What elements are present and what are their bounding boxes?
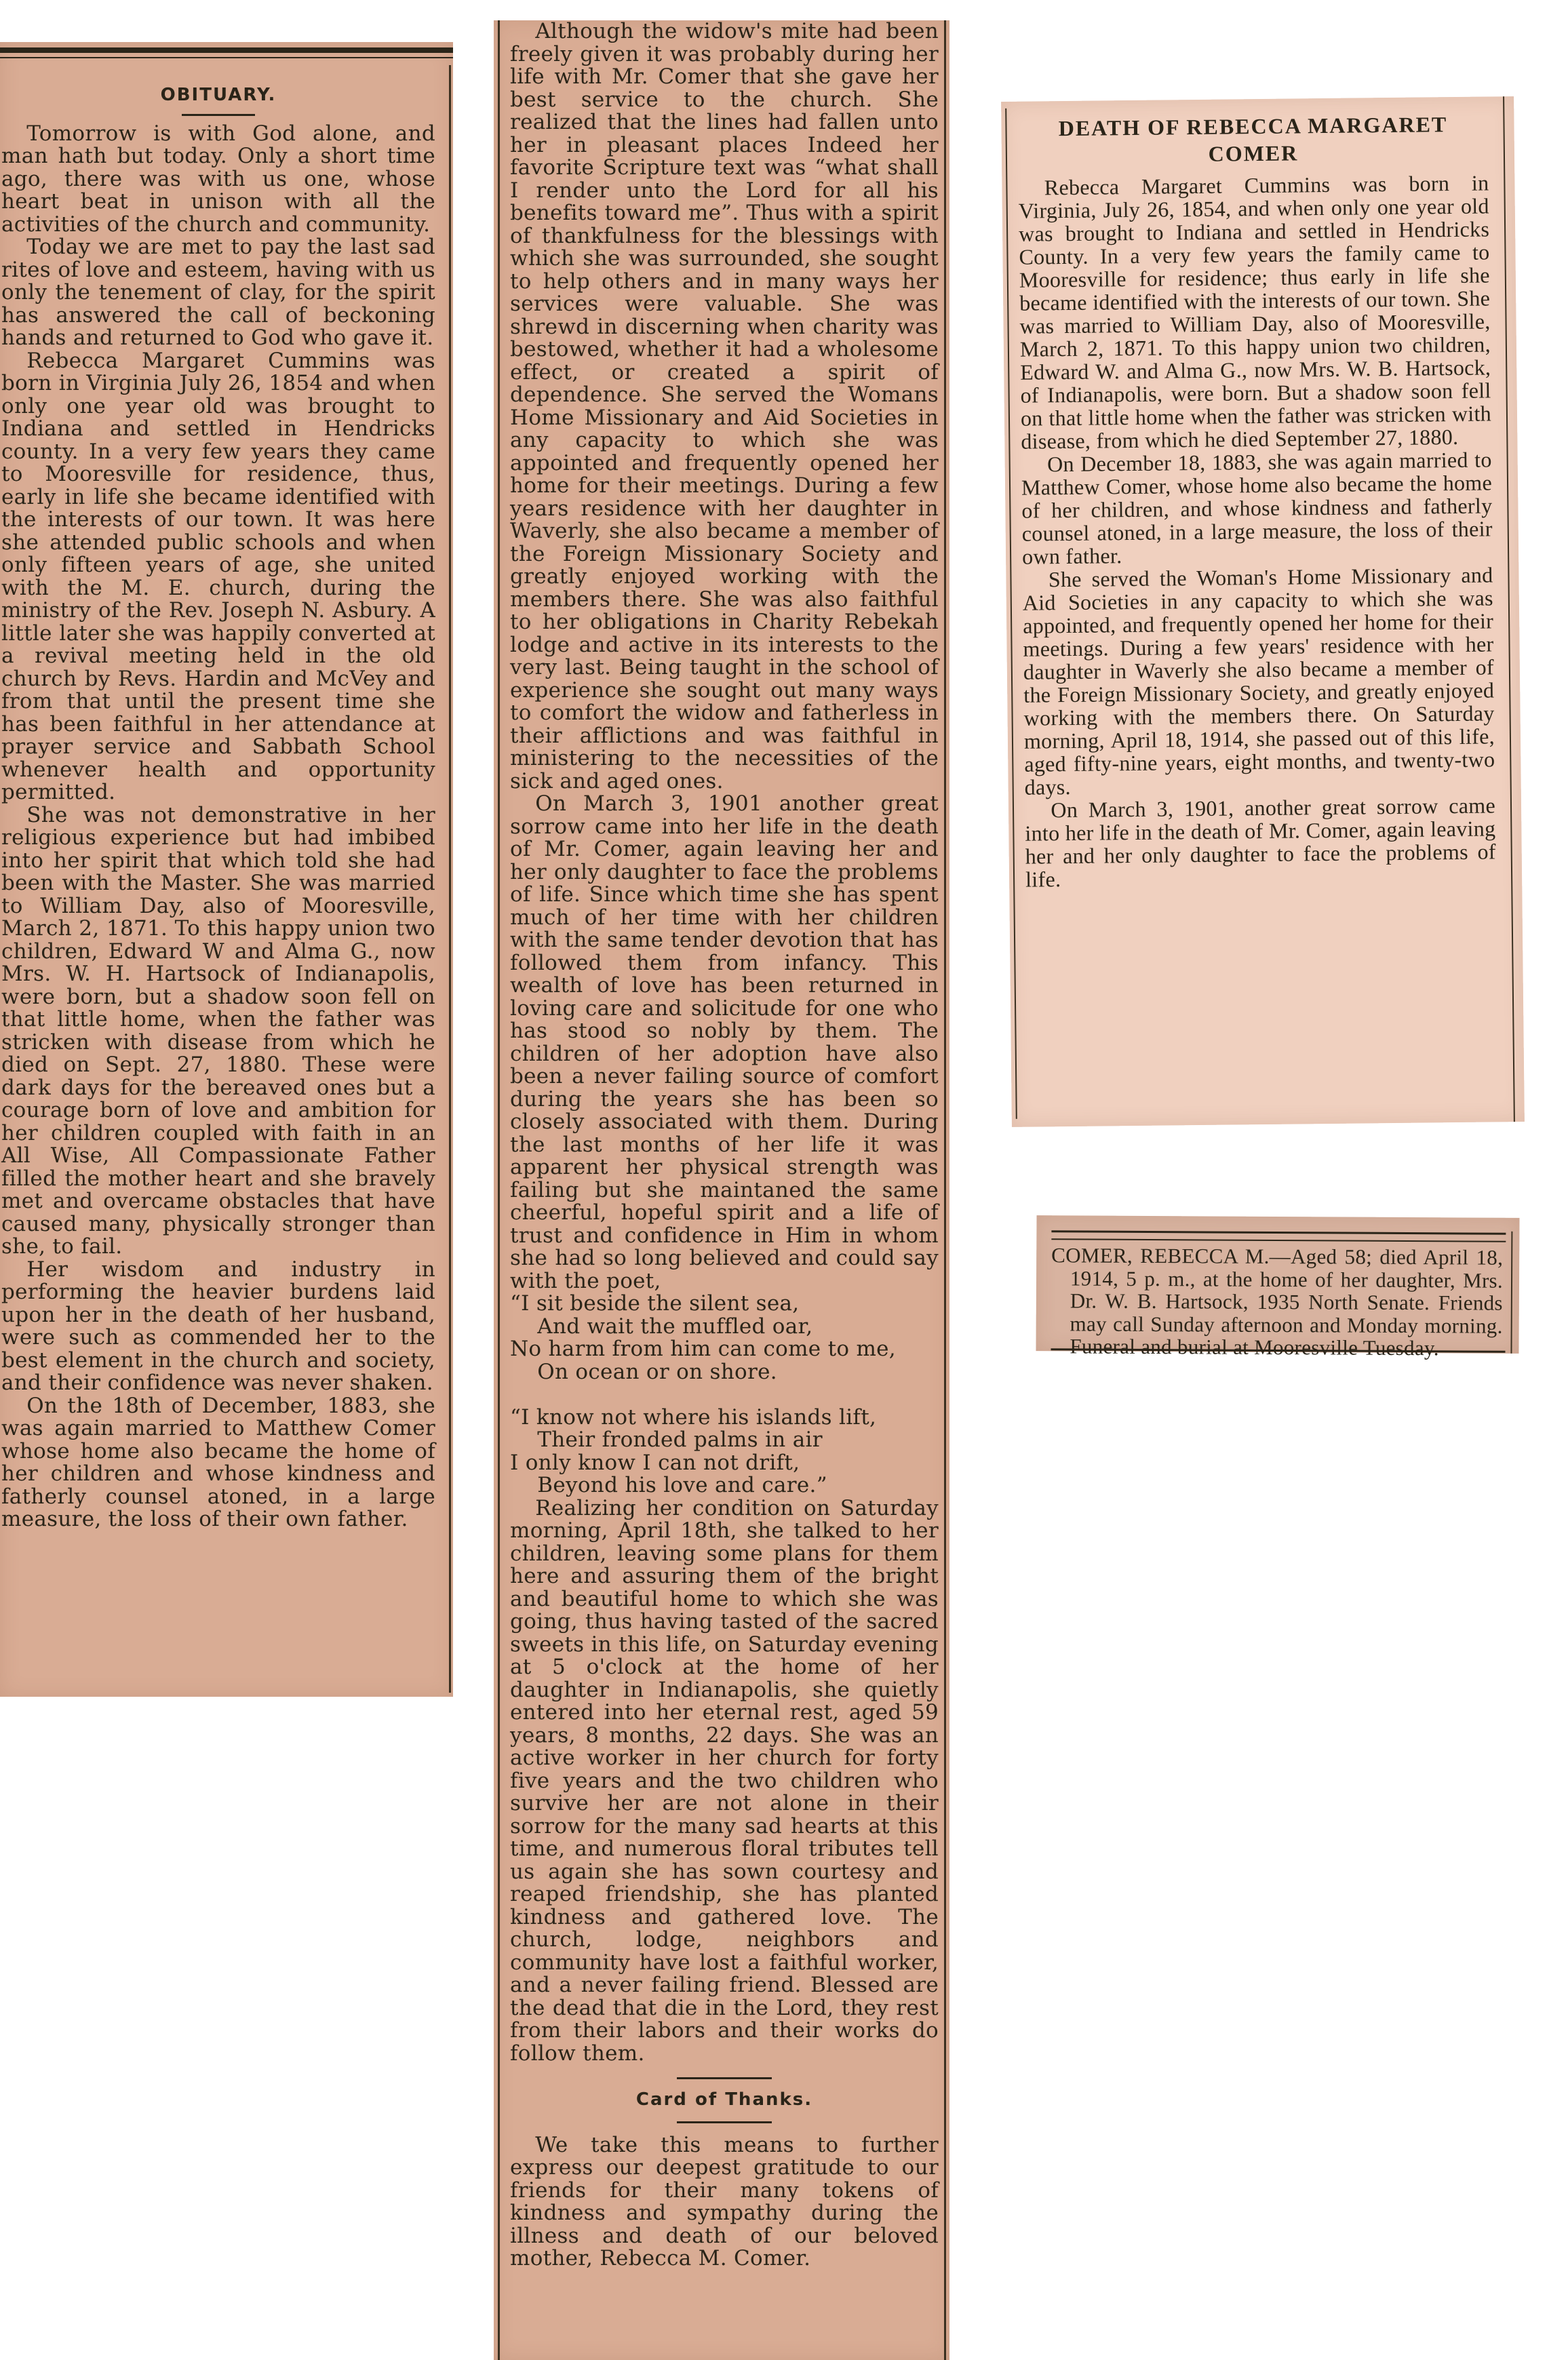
top-rule bbox=[1051, 1230, 1506, 1235]
poem-line: I only know I can not drift, bbox=[510, 1452, 939, 1475]
top-double-rule bbox=[0, 47, 453, 53]
paragraph: On March 3, 1901, another great sorrow c… bbox=[1025, 793, 1496, 890]
obituary-title: OBITUARY. bbox=[1, 84, 435, 107]
right-column-rule bbox=[1510, 1232, 1512, 1354]
section-rule bbox=[677, 2121, 772, 2123]
classified-notice-text: COMER, REBECCA M.—Aged 58; died April 18… bbox=[1051, 1244, 1503, 1360]
top-rule-2 bbox=[1051, 1238, 1506, 1242]
paragraph: Although the widow's mite had been freel… bbox=[510, 20, 939, 793]
poem-line bbox=[510, 1383, 939, 1407]
card-of-thanks-title: Card of Thanks. bbox=[510, 2089, 939, 2112]
obituary-continued-clipping: Although the widow's mite had been freel… bbox=[494, 20, 949, 2360]
paragraph: She served the Woman's Home Missionary a… bbox=[1022, 563, 1495, 798]
poem-line: And wait the muffled oar, bbox=[510, 1316, 939, 1339]
paragraph: Her wisdom and industry in performing th… bbox=[1, 1259, 435, 1395]
top-thin-rule bbox=[0, 57, 453, 58]
poem-line: Their fronded palms in air bbox=[510, 1429, 939, 1452]
classified-notice-column: COMER, REBECCA M.—Aged 58; died April 18… bbox=[1051, 1244, 1503, 1360]
column-rule bbox=[449, 65, 451, 1693]
paragraph: On December 18, 1883, she was again marr… bbox=[1021, 448, 1493, 568]
left-column-rule bbox=[498, 20, 500, 2360]
death-notice-column: DEATH OF REBECCA MARGARET COMER Rebecca … bbox=[1017, 110, 1496, 890]
right-column-rule bbox=[1503, 96, 1515, 1122]
paragraph: Tomorrow is with God alone, and man hath… bbox=[1, 123, 435, 237]
paragraph: Rebecca Margaret Cummins was born in Vir… bbox=[1018, 171, 1491, 452]
paragraph: Realizing her condition on Saturday morn… bbox=[510, 1497, 939, 2066]
obituary-column: OBITUARY. Tomorrow is with God alone, an… bbox=[1, 84, 435, 1531]
death-notice-title: DEATH OF REBECCA MARGARET bbox=[1017, 110, 1488, 142]
poem-line: “I sit beside the silent sea, bbox=[510, 1293, 939, 1316]
continued-column: Although the widow's mite had been freel… bbox=[510, 20, 939, 2270]
obituary-body: Tomorrow is with God alone, and man hath… bbox=[1, 123, 435, 1531]
section-rule bbox=[677, 2077, 772, 2079]
paragraph: Rebecca Margaret Cummins was born in Vir… bbox=[1, 350, 435, 804]
poem-line: No harm from him can come to me, bbox=[510, 1338, 939, 1361]
title-rule bbox=[182, 114, 255, 116]
death-notice-clipping: DEATH OF REBECCA MARGARET COMER Rebecca … bbox=[1001, 96, 1525, 1127]
death-notice-title-line2: COMER bbox=[1018, 137, 1489, 169]
right-column-rule bbox=[944, 20, 946, 2360]
poem-line: Beyond his love and care.” bbox=[510, 1474, 939, 1497]
paragraph: Today we are met to pay the last sad rit… bbox=[1, 236, 435, 350]
left-column-rule bbox=[1005, 109, 1017, 1119]
classified-notice-clipping: COMER, REBECCA M.—Aged 58; died April 18… bbox=[1036, 1215, 1519, 1354]
poem-line: “I know not where his islands lift, bbox=[510, 1407, 939, 1430]
poem: “I sit beside the silent sea,And wait th… bbox=[510, 1293, 939, 1497]
paragraph: On March 3, 1901 another great sorrow ca… bbox=[510, 793, 939, 1293]
paragraph: She was not demonstrative in her religio… bbox=[1, 804, 435, 1259]
card-of-thanks-text: We take this means to further express ou… bbox=[510, 2134, 939, 2270]
poem-line: On ocean or on shore. bbox=[510, 1361, 939, 1384]
obituary-clipping: OBITUARY. Tomorrow is with God alone, an… bbox=[0, 42, 453, 1697]
paragraph: On the 18th of December, 1883, she was a… bbox=[1, 1395, 435, 1531]
